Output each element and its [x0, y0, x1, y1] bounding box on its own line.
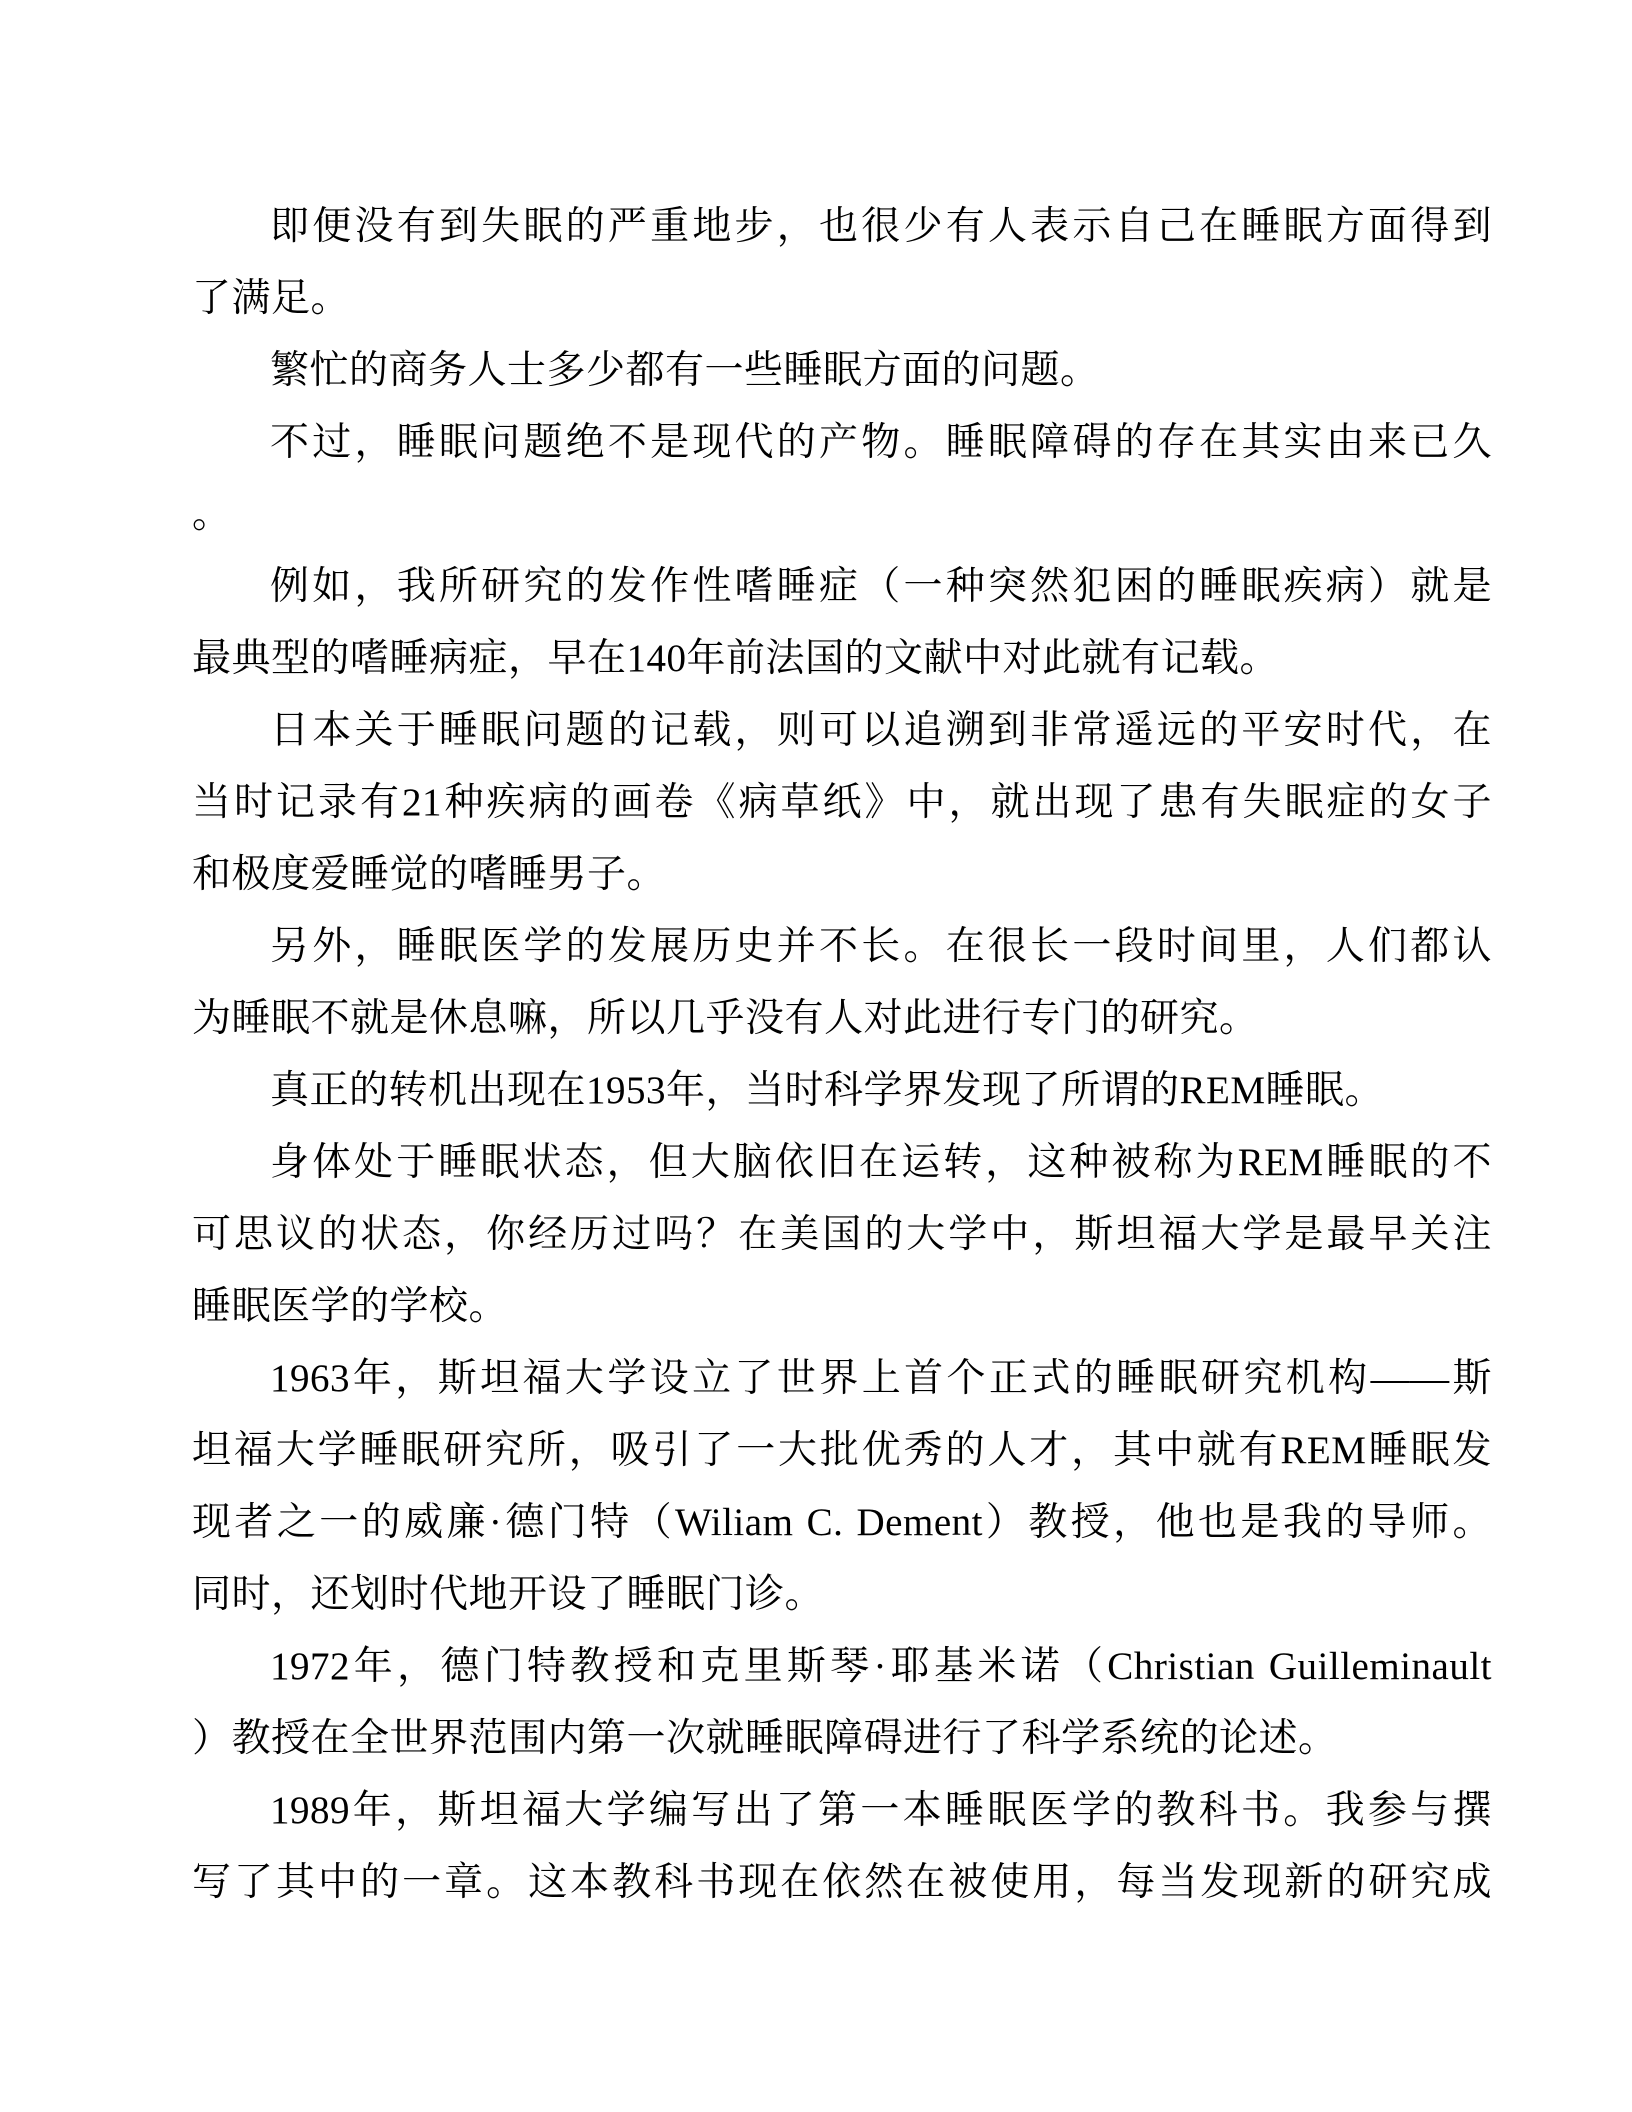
text-line: 坦福大学睡眠研究所，吸引了一大批优秀的人才，其中就有REM睡眠发: [192, 1415, 1492, 1487]
document-page: 即便没有到失眠的严重地步，也很少有人表示自己在睡眠方面得到 了满足。 繁忙的商务…: [0, 0, 1632, 2112]
text-line: 不过，睡眠问题绝不是现代的产物。睡眠障碍的存在其实由来已久: [192, 407, 1492, 479]
text-line: 最典型的嗜睡病症，早在140年前法国的文献中对此就有记载。: [192, 623, 1492, 695]
text-line: 日本关于睡眠问题的记载，则可以追溯到非常遥远的平安时代，在: [192, 695, 1492, 767]
text-line: 和极度爱睡觉的嗜睡男子。: [192, 839, 1492, 911]
text-line: 当时记录有21种疾病的画卷《病草纸》中，就出现了患有失眠症的女子: [192, 767, 1492, 839]
text-line: 可思议的状态，你经历过吗？在美国的大学中，斯坦福大学是最早关注: [192, 1199, 1492, 1271]
text-line: 身体处于睡眠状态，但大脑依旧在运转，这种被称为REM睡眠的不: [192, 1127, 1492, 1199]
text-line: 1972年，德门特教授和克里斯琴·耶基米诺（Christian Guillemi…: [192, 1631, 1492, 1703]
text-line: 即便没有到失眠的严重地步，也很少有人表示自己在睡眠方面得到: [192, 191, 1492, 263]
text-line: 繁忙的商务人士多少都有一些睡眠方面的问题。: [192, 335, 1492, 407]
text-line: 例如，我所研究的发作性嗜睡症（一种突然犯困的睡眠疾病）就是: [192, 551, 1492, 623]
text-line: 另外，睡眠医学的发展历史并不长。在很长一段时间里，人们都认: [192, 911, 1492, 983]
text-line: 。: [192, 479, 1492, 551]
text-line: 为睡眠不就是休息嘛，所以几乎没有人对此进行专门的研究。: [192, 983, 1492, 1055]
text-line: 1989年，斯坦福大学编写出了第一本睡眠医学的教科书。我参与撰: [192, 1775, 1492, 1847]
text-line: 睡眠医学的学校。: [192, 1271, 1492, 1343]
text-line: 写了其中的一章。这本教科书现在依然在被使用，每当发现新的研究成: [192, 1847, 1492, 1919]
text-line: 现者之一的威廉·德门特（Wiliam C. Dement）教授，他也是我的导师。: [192, 1487, 1492, 1559]
text-line: 同时，还划时代地开设了睡眠门诊。: [192, 1559, 1492, 1631]
text-line: ）教授在全世界范围内第一次就睡眠障碍进行了科学系统的论述。: [192, 1703, 1492, 1775]
text-line: 真正的转机出现在1953年，当时科学界发现了所谓的REM睡眠。: [192, 1055, 1492, 1127]
text-line: 了满足。: [192, 263, 1492, 335]
text-line: 1963年，斯坦福大学设立了世界上首个正式的睡眠研究机构——斯: [192, 1343, 1492, 1415]
page-content: 即便没有到失眠的严重地步，也很少有人表示自己在睡眠方面得到 了满足。 繁忙的商务…: [192, 191, 1492, 1919]
